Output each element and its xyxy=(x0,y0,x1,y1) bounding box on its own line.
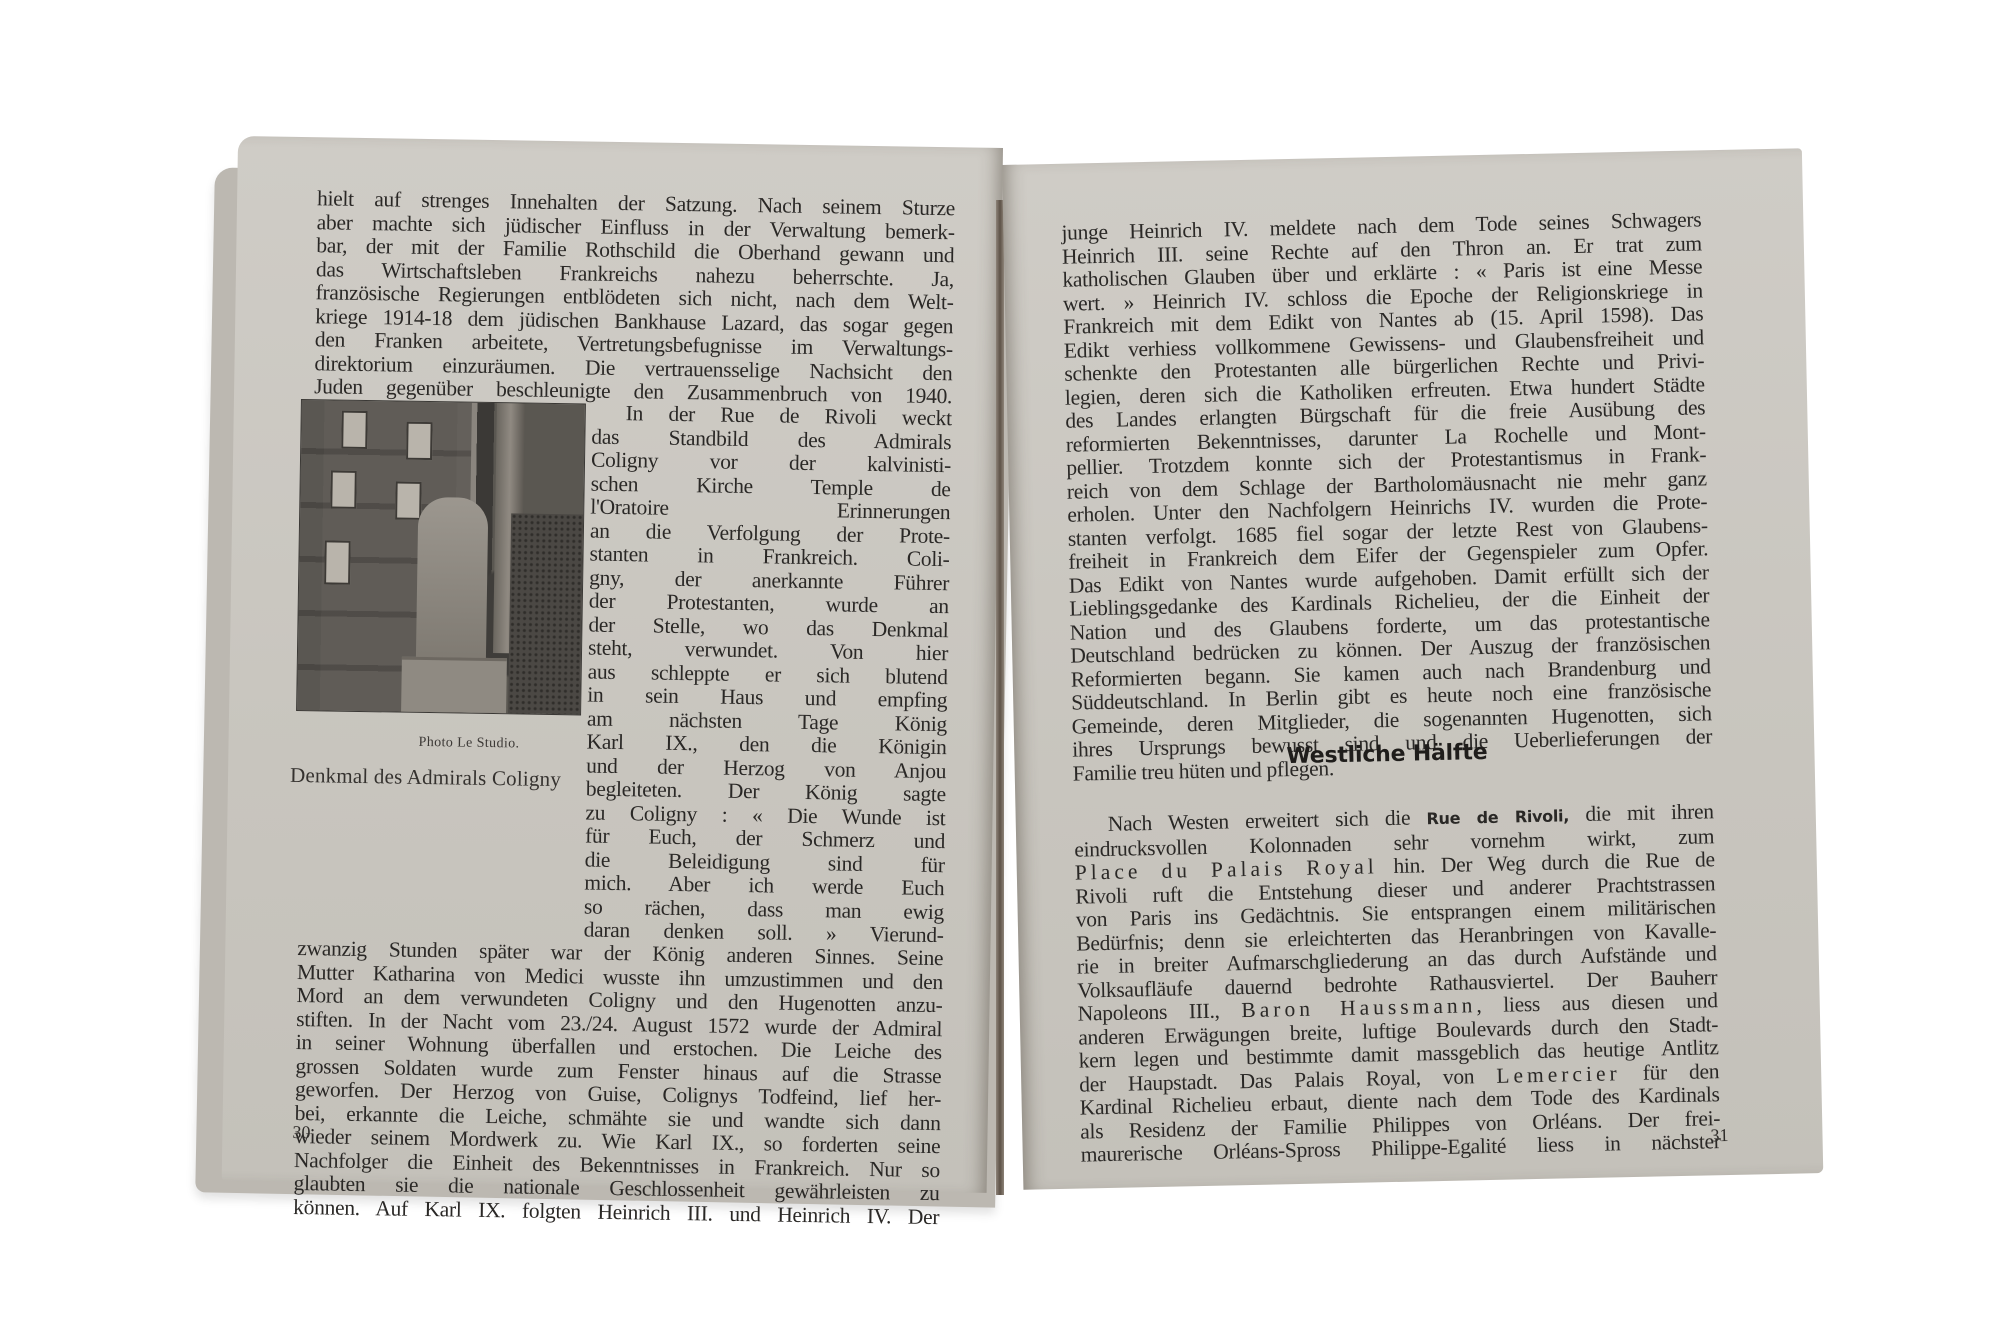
left-page-bottom-paragraph: zwanzig Stunden später war der König and… xyxy=(293,937,943,1229)
photo-window xyxy=(406,422,433,460)
photo-hedge xyxy=(508,513,583,714)
photo-window xyxy=(330,470,357,508)
section-heading: Westliche Hälfte xyxy=(1286,740,1487,769)
book-gutter xyxy=(996,200,1004,1195)
person-name-lemercier: Lemercier xyxy=(1496,1061,1621,1088)
right-page: junge Heinrich IV. meldete nach dem Tode… xyxy=(1002,148,1823,1190)
photo-window xyxy=(341,411,368,449)
left-page-top-paragraph: hielt auf strenges Innehalten der Satzun… xyxy=(314,187,955,408)
photo-window xyxy=(395,482,422,520)
photo-credit: Photo Le Studio. xyxy=(418,735,519,753)
photo-pedestal xyxy=(401,657,507,716)
right-page-bottom-paragraph: Nach Westen erweitert sich die Rue de Ri… xyxy=(1074,800,1721,1167)
left-page: hielt auf strenges Innehalten der Satzun… xyxy=(222,136,1003,1193)
photo-caption: Denkmal des Admirals Coligny xyxy=(290,763,561,792)
coligny-monument-photo xyxy=(296,399,586,715)
open-book: hielt auf strenges Innehalten der Satzun… xyxy=(0,0,2000,1329)
page-number: 30 xyxy=(292,1122,310,1143)
page-number: 31 xyxy=(1710,1125,1728,1146)
photo-window xyxy=(324,540,351,584)
left-page-side-column: In der Rue de Rivoli weckt das Standbild… xyxy=(583,402,951,948)
photo-statue xyxy=(416,497,489,678)
street-name-rue-de-rivoli: Rue de Rivoli, xyxy=(1426,806,1569,828)
right-page-top-paragraph: junge Heinrich IV. meldete nach dem Tode… xyxy=(1061,208,1713,785)
